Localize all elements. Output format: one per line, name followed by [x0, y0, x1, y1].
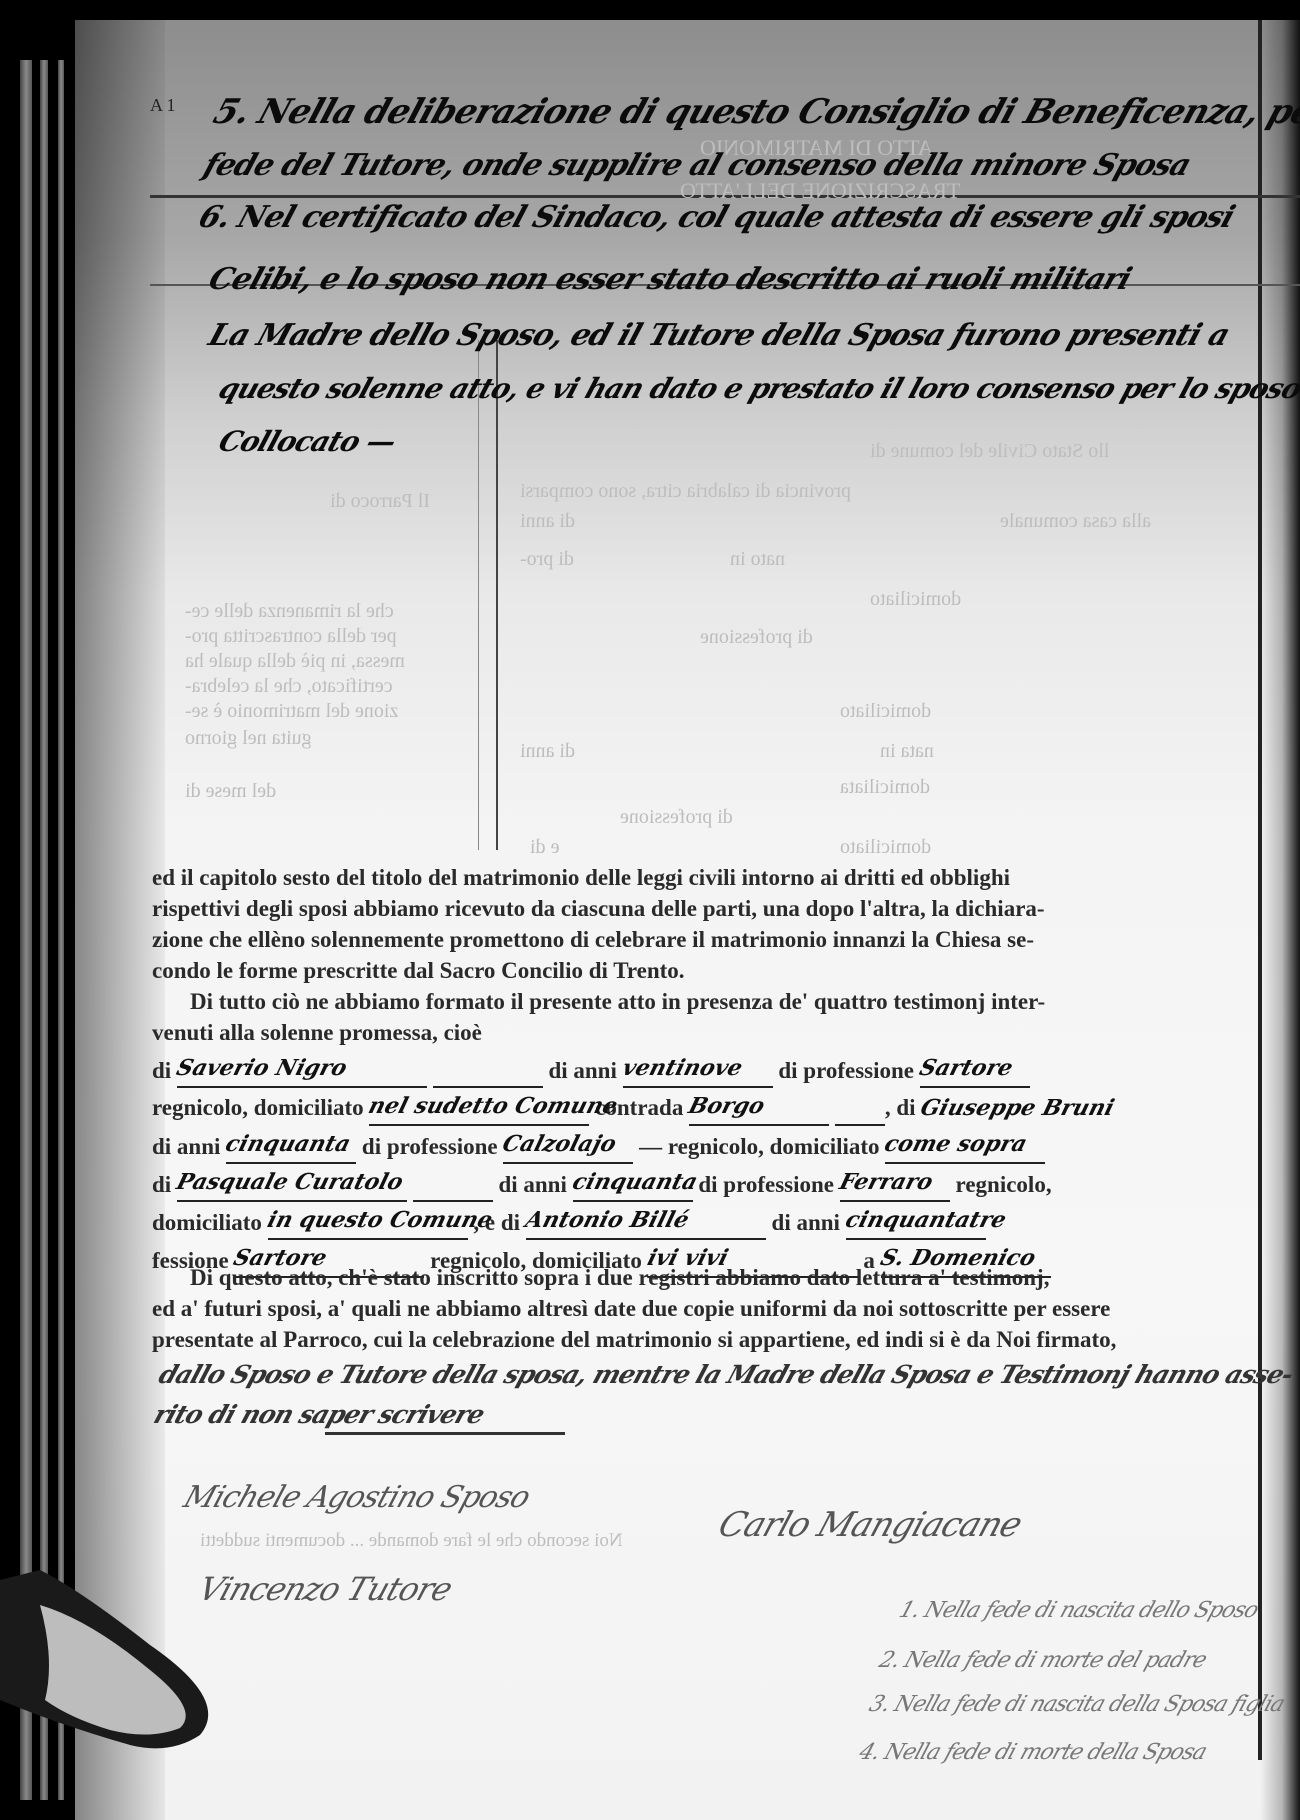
witness-name: Saverio Nigro — [172, 1051, 351, 1086]
signature-officer: Carlo Mangiacane — [714, 1505, 1027, 1545]
margin-mark: A 1 — [150, 95, 176, 116]
witness-domicile: come sopra — [881, 1127, 1032, 1162]
witness-2-domicile-field: come sopra — [885, 1126, 1045, 1164]
witness-profession: Sartore — [915, 1051, 1017, 1086]
ghost-text: di professione — [620, 806, 733, 829]
label: regnicolo, — [668, 1134, 764, 1159]
ghost-text: di anni — [520, 510, 575, 533]
witness-age: ventinove — [618, 1051, 746, 1086]
label: regnicolo, — [956, 1172, 1052, 1197]
witness-2-profession-field: Calzolajo — [503, 1126, 633, 1164]
ghost-text: certificato, che la celebra- — [185, 675, 393, 698]
witness-name: Pasquale Curatolo — [172, 1165, 407, 1200]
witnesses-section: di Saverio Nigro di anni ventinove di pr… — [152, 1050, 1262, 1278]
ghost-text: Noi secondo che le fare domande ... docu… — [200, 1530, 623, 1552]
witness-2-age-field: cinquanta — [226, 1126, 356, 1164]
page-edge-stack — [40, 60, 48, 1800]
ghost-text: di professione — [700, 626, 813, 649]
printed-line: Di tutto ciò ne abbiamo formato il prese… — [152, 986, 1262, 1017]
bottom-note: 1. Nella fede di nascita dello Sposo — [896, 1598, 1261, 1623]
handwritten-note-line: 6. Nel certificato del Sindaco, col qual… — [194, 200, 1238, 235]
label: di anni — [548, 1058, 616, 1083]
printed-line: rispettivi degli sposi abbiamo ricevuto … — [152, 893, 1262, 924]
label: di professione — [778, 1058, 914, 1083]
label: di — [152, 1058, 171, 1083]
bottom-note: 2. Nella fede di morte del padre — [876, 1648, 1209, 1673]
ghost-text: nato in — [730, 548, 785, 571]
witness-2-row: di anni cinquanta di professione Calzola… — [152, 1126, 1262, 1164]
ghost-text: alla casa comunale — [1000, 510, 1151, 533]
handwritten-note-line: 5. Nella deliberazione di questo Consigl… — [209, 92, 1300, 132]
witness-1-row: di Saverio Nigro di anni ventinove di pr… — [152, 1050, 1262, 1088]
witness-age: cinquantatre — [841, 1203, 1010, 1238]
handwritten-closing-line: dallo Sposo e Tutore della sposa, mentre… — [155, 1360, 1296, 1389]
label: di professione — [698, 1172, 834, 1197]
printed-line: venuti alla solenne promessa, cioè — [152, 1017, 1262, 1048]
ghost-text: llo Stato Civile del comune di — [870, 440, 1109, 463]
handwritten-note-line: Collocato — — [215, 425, 400, 458]
ghost-text: e di — [530, 836, 559, 859]
ghost-text: domiciliato — [840, 836, 931, 859]
witness-3-profession-field: Ferraro — [840, 1164, 950, 1202]
witness-age: cinquanta — [568, 1165, 701, 1200]
handwritten-note-line: La Madre dello Sposo, ed il Tutore della… — [204, 318, 1233, 353]
witness-profession: Calzolajo — [499, 1127, 621, 1162]
ghost-text: Il Parroco di — [330, 490, 430, 513]
witness-1-contrada-field: Borgo — [689, 1088, 829, 1126]
printed-line: Di questo atto, ch'è stato inscritto sop… — [152, 1262, 1262, 1293]
ghost-text: nata in — [880, 740, 934, 763]
column-divider — [478, 340, 479, 850]
witness-4-age-field: cinquantatre — [846, 1202, 986, 1240]
column-divider — [496, 340, 498, 850]
ghost-text: messa, in piè della quale ha — [185, 650, 405, 673]
page-stain-shape — [0, 1560, 215, 1760]
witness-1-domicile-row: regnicolo, domiciliato nel sudetto Comun… — [152, 1088, 1262, 1126]
bottom-note: 3. Nella fede di nascita della Sposa fig… — [866, 1692, 1287, 1717]
closing-paragraph: Di questo atto, ch'è stato inscritto sop… — [152, 1262, 1262, 1355]
witness-4-row: domiciliato in questo Comune , e di Anto… — [152, 1202, 1262, 1240]
witness-domicile: in questo Comune — [263, 1203, 496, 1238]
ghost-text: zione del matrimonio è se- — [185, 700, 398, 723]
witness-3-age-field: cinquanta — [573, 1164, 693, 1202]
printed-line: zione che ellèno solennemente promettono… — [152, 924, 1262, 955]
handwritten-note-line: questo solenne atto, e vi han dato e pre… — [215, 372, 1300, 405]
ghost-text: del mese di — [185, 780, 276, 803]
bottom-note: 4. Nella fede di morte della Sposa — [856, 1740, 1209, 1765]
signature-guardian: Vincenzo Tutore — [194, 1570, 457, 1608]
ghost-text: che la rimanenza delle ce- — [185, 600, 394, 623]
witness-3-domicile-field: in questo Comune — [268, 1202, 468, 1240]
witness-2-name: Giuseppe Bruni — [917, 1091, 1119, 1126]
witness-4-name-field: Antonio Billé — [526, 1202, 766, 1240]
printed-line: ed il capitolo sesto del titolo del matr… — [152, 862, 1262, 893]
signature-groom: Michele Agostino Sposo — [179, 1480, 534, 1515]
witness-1-profession-field: Sartore — [920, 1050, 1030, 1088]
witness-1-age-field: ventinove — [623, 1050, 773, 1088]
ghost-text: per della contrascritta pro- — [185, 625, 397, 648]
witness-3-row: di Pasquale Curatolo di anni cinquanta d… — [152, 1164, 1262, 1202]
right-edge-shadow — [1260, 20, 1300, 1820]
page-edge-stack — [20, 60, 32, 1800]
label: di anni — [498, 1172, 566, 1197]
printed-line: presentate al Parroco, cui la celebrazio… — [152, 1324, 1262, 1355]
witness-age: cinquanta — [221, 1127, 354, 1162]
ghost-text: domiciliato — [870, 588, 961, 611]
signature-rule — [325, 1432, 565, 1435]
page-edge-stack — [58, 60, 64, 1800]
label: regnicolo, domiciliato — [152, 1095, 364, 1120]
printed-line: condo le forme prescritte dal Sacro Conc… — [152, 955, 1262, 986]
label: di anni — [772, 1210, 840, 1235]
witness-profession: Ferraro — [835, 1165, 937, 1200]
handwritten-note-line: Celibi, e lo sposo non esser stato descr… — [204, 262, 1135, 297]
ghost-text: di anni — [520, 740, 575, 763]
printed-line: ed a' futuri sposi, a' quali ne abbiamo … — [152, 1293, 1262, 1324]
witness-1-domicile-field: nel sudetto Comune — [369, 1088, 589, 1126]
ghost-text: provincia di calabria citra, sono compar… — [520, 480, 851, 503]
ghost-text: guita nel giorno — [185, 727, 312, 750]
label: di — [896, 1095, 915, 1120]
ghost-text: di pro- — [520, 548, 574, 571]
witness-3-name-field: Pasquale Curatolo — [177, 1164, 407, 1202]
witness-domicile: nel sudetto Comune — [365, 1089, 622, 1124]
handwritten-note-line: fede del Tutore, onde supplire al consen… — [199, 148, 1194, 183]
label: domiciliato — [152, 1210, 262, 1235]
witness-name: Antonio Billé — [521, 1203, 693, 1238]
label: di — [152, 1172, 171, 1197]
ghost-text: domiciliata — [840, 776, 930, 799]
printed-paragraph-1: ed il capitolo sesto del titolo del matr… — [152, 862, 1262, 1048]
label: di professione — [362, 1134, 498, 1159]
witness-1-name-field: Saverio Nigro — [177, 1050, 427, 1088]
label: domiciliato — [770, 1134, 880, 1159]
witness-contrada: Borgo — [684, 1089, 768, 1124]
ghost-text: domiciliato — [840, 700, 931, 723]
label: di anni — [152, 1134, 220, 1159]
handwritten-closing-line: rito di non saper scrivere — [150, 1400, 487, 1429]
